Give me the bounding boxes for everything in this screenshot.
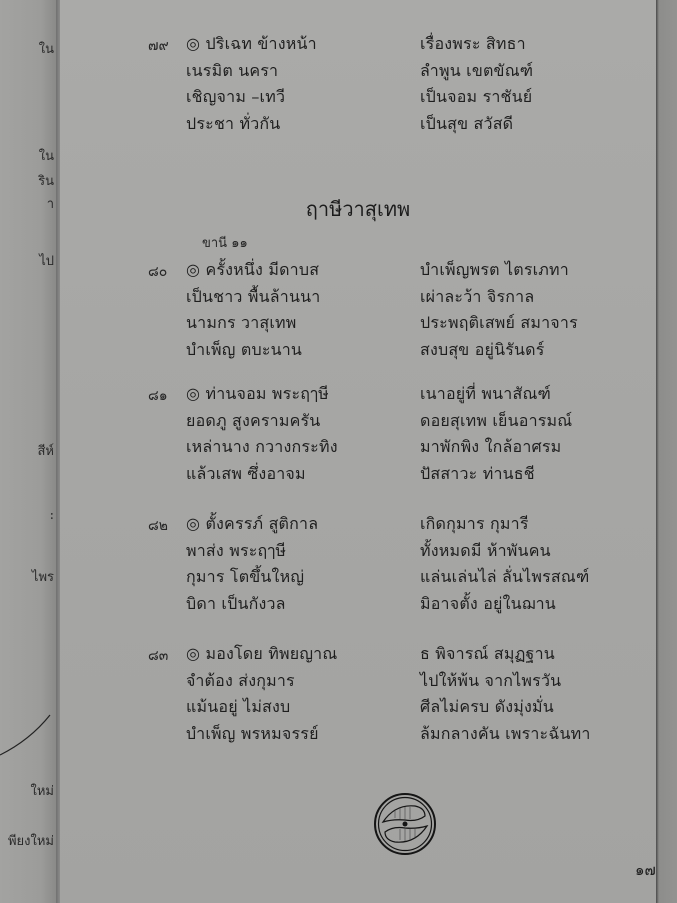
stanza-number: ๗๙ [148,35,169,57]
verse-line-left: แม้นอยู่ ไม่สงบ [186,695,290,720]
verse-line-right: บำเพ็ญพรต ไตรเภทา [420,258,569,283]
verse-line-left: พาส่ง พระฤๅษี [186,539,286,564]
verse-line-right: มิอาจตั้ง อยู่ในฌาน [420,592,556,617]
verse-line-right: ประพฤติเสพย์ สมาจาร [420,311,578,336]
verse-line-right: ธ พิจารณ์ สมุฏฐาน [420,642,555,667]
verse-line-left: บำเพ็ญ ตบะนาน [186,338,302,363]
verse-line-right: เรื่องพระ สิทธา [420,32,526,57]
verse-line-right: ทั้งหมดมี ห้าพันคน [420,539,551,564]
verse-line-left: ◎ ตั้งครรภ์ สูติกาล [186,512,318,537]
left-page-text-fragment: ใหม่ [31,780,55,801]
verse-line-right: ปัสสาวะ ท่านธชี [420,462,535,487]
verse-line-left: กุมาร โตขึ้นใหญ่ [186,565,304,590]
verse-line-right: ดอยสุเทพ เย็นอารมณ์ [420,409,572,434]
verse-line-right: ศีลไม่ครบ ดังมุ่งมั่น [420,695,554,720]
verse-line-left: ◎ ท่านจอม พระฤๅษี [186,382,329,407]
verse-line-left: นามกร วาสุเทพ [186,311,297,336]
left-page-text-fragment: พียงใหม่ [8,830,54,851]
verse-line-left: ◎ ปริเฉท ข้างหน้า [186,32,317,57]
verse-line-left: ยอดภู สูงครามครัน [186,409,320,434]
verse-line-left: ◎ มองโดย ทิพยญาณ [186,642,337,667]
verse-line-left: จำต้อง ส่งกุมาร [186,669,295,694]
left-page-text-fragment: ใน [39,145,54,166]
left-page-text-fragment: ริน [38,170,54,191]
stanza-number: ๘๑ [148,385,168,407]
verse-line-right: เป็นสุข สวัสดี [420,112,513,137]
verse-line-right: ลำพูน เขตขัณฑ์ [420,59,533,84]
stanza-number: ๘๓ [148,645,168,667]
adjacent-left-page: ในในรินาไปสีห์:ไพรใหม่พียงใหม่ [0,0,58,903]
verse-line-right: เผ่าละว้า จิรกาล [420,285,534,310]
stanza-number: ๘๐ [148,261,167,283]
chant-label: ขานี ๑๑ [202,232,248,253]
verse-line-right: ล้มกลางคัน เพราะฉันทา [420,722,591,747]
book-page: ฤาษีวาสุเทพ ขานี ๑๑ ๗๙◎ ปริเฉท ข้างหน้าเ… [60,0,656,903]
left-page-text-fragment: า [47,193,54,214]
left-page-text-fragment: ไพร [32,566,54,587]
verse-line-left: บิดา เป็นกังวล [186,592,286,617]
verse-line-right: แล่นเล่นไล่ ลั่นไพรสณฑ์ [420,565,589,590]
stanza-number: ๘๒ [148,515,168,537]
section-heading: ฤาษีวาสุเทพ [60,193,656,225]
verse-line-left: แล้วเสพ ซึ่งอาจม [186,462,306,487]
verse-line-right: เกิดกุมาร กุมารี [420,512,529,537]
verse-line-left: เหล่านาง กวางกระทิง [186,435,338,460]
verse-line-left: เนรมิต นครา [186,59,278,84]
verse-line-right: มาพักพิง ใกล้อาศรม [420,435,561,460]
left-page-text-fragment: ไป [39,250,54,271]
verse-line-right: เป็นจอม ราชันย์ [420,85,532,110]
verse-line-left: เป็นชาว พื้นล้านนา [186,285,320,310]
page-number: ๑๗ [635,858,656,882]
verse-line-left: ประชา ทั่วกัน [186,112,280,137]
left-page-curve-line [0,680,58,760]
verse-line-left: ◎ ครั้งหนึ่ง มีดาบส [186,258,319,283]
fish-yin-yang-emblem-icon [373,792,437,856]
verse-line-right: เนาอยู่ที่ พนาสัณฑ์ [420,382,551,407]
left-page-text-fragment: สีห์ [37,440,54,461]
left-page-text-fragment: ใน [39,38,54,59]
left-page-text-fragment: : [50,508,54,523]
verse-line-left: บำเพ็ญ พรหมจรรย์ [186,722,319,747]
verse-line-right: ไปให้พ้น จากไพรวัน [420,669,561,694]
verse-line-left: เชิญจาม –เทวี [186,85,285,110]
verse-line-right: สงบสุข อยู่นิรันดร์ [420,338,545,363]
page-edge-shadow [656,0,677,903]
